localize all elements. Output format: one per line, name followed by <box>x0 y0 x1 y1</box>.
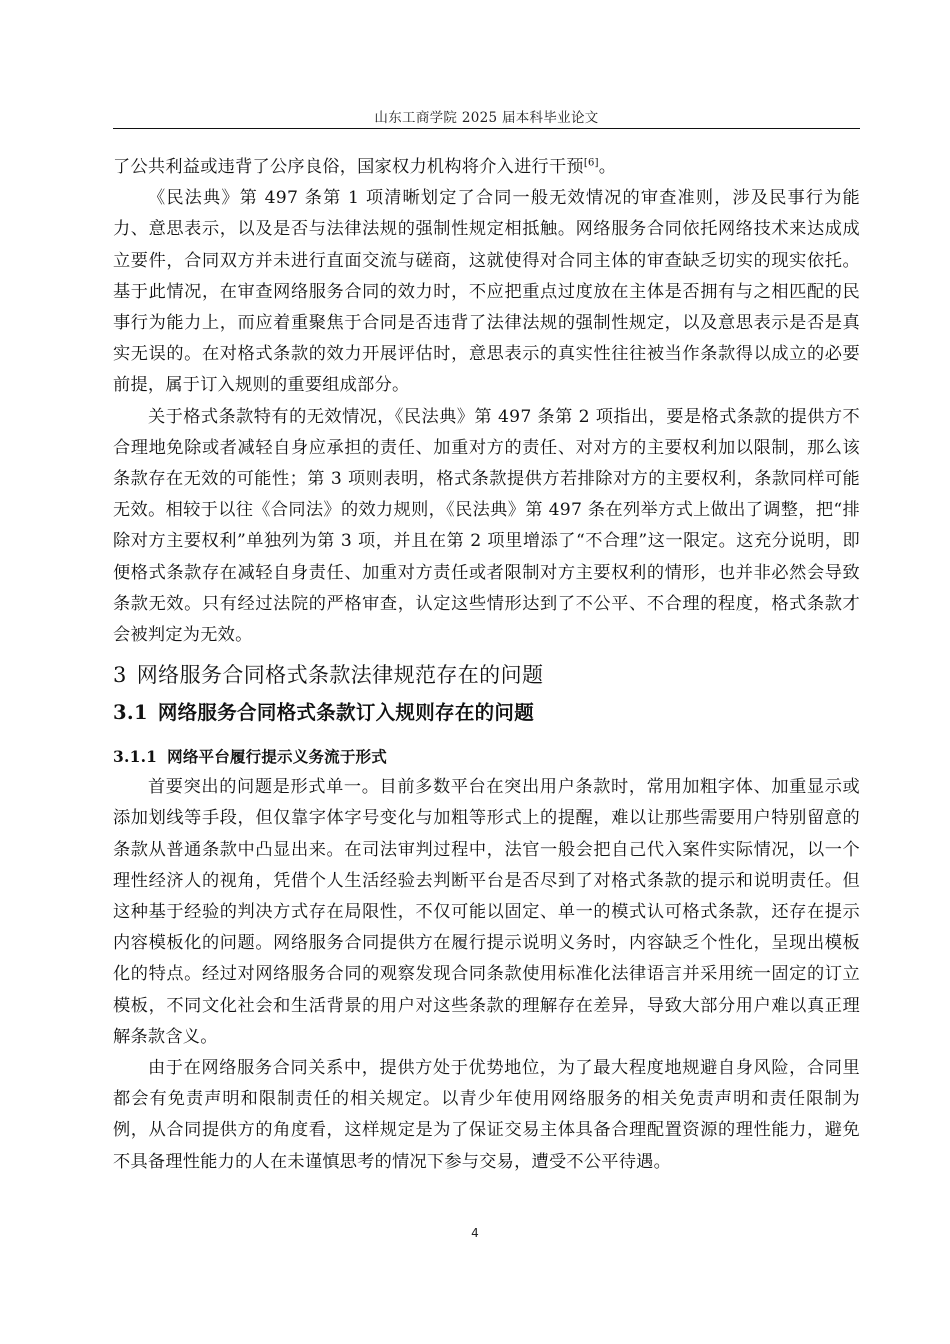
heading-title: 网络平台履行提示义务流于形式 <box>167 747 387 766</box>
section-heading-3-1: 3.1网络服务合同格式条款订入规则存在的问题 <box>113 695 860 731</box>
paragraph-text: 了公共利益或违背了公序良俗，国家权力机构将介入进行干预 <box>113 157 584 177</box>
citation-ref: [6] <box>584 157 599 168</box>
heading-title: 网络服务合同格式条款法律规范存在的问题 <box>137 663 544 687</box>
document-page: 山东工商学院 2025 届本科毕业论文 了公共利益或违背了公序良俗，国家权力机构… <box>0 0 950 1344</box>
page-number: 4 <box>0 1226 950 1240</box>
heading-number: 3.1 <box>113 701 148 724</box>
header-divider <box>113 128 860 129</box>
paragraph-prompt-form: 首要突出的问题是形式单一。目前多数平台在突出用户条款时，常用加粗字体、加重显示或… <box>113 772 860 1053</box>
heading-number: 3 <box>113 663 127 687</box>
page-body: 了公共利益或违背了公序良俗，国家权力机构将介入进行干预[6]。 《民法典》第 4… <box>113 152 860 1178</box>
paragraph-continuation: 了公共利益或违背了公序良俗，国家权力机构将介入进行干预[6]。 <box>113 152 860 183</box>
heading-title: 网络服务合同格式条款订入规则存在的问题 <box>158 701 534 724</box>
paragraph-disclaimer: 由于在网络服务合同关系中，提供方处于优势地位，为了最大程度地规避自身风险，合同里… <box>113 1053 860 1178</box>
heading-number: 3.1.1 <box>113 747 157 766</box>
paragraph-civil-code-art497-2: 关于格式条款特有的无效情况，《民法典》第 497 条第 2 项指出，要是格式条款… <box>113 402 860 652</box>
running-header: 山东工商学院 2025 届本科毕业论文 <box>113 106 860 126</box>
section-heading-3-1-1: 3.1.1网络平台履行提示义务流于形式 <box>113 741 860 772</box>
paragraph-civil-code-art497-1: 《民法典》第 497 条第 1 项清晰划定了合同一般无效情况的审查准则，涉及民事… <box>113 183 860 401</box>
section-heading-3: 3网络服务合同格式条款法律规范存在的问题 <box>113 657 860 693</box>
paragraph-tail: 。 <box>599 157 616 177</box>
